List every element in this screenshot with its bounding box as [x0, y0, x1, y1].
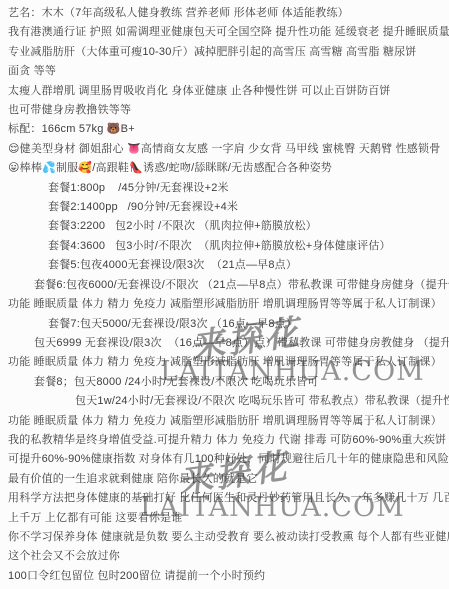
line-gym-coaching: 也可带健身房教撸铁等等	[0, 101, 449, 120]
line-package-4: 套餐4:3600 包3小时/不限次 （肌肉拉伸+筋膜放松+身体健康评估）	[0, 237, 449, 256]
line-muscle-gain: 太瘦人群增肌 调里肠胃吸收肖化 身体亚健康 止各种慢性饼 可以止百饼防百饼	[0, 82, 449, 101]
line-benefit-4: 用科学方法把身体健康的基础打好 比任何医生和灵丹妙药管用且长久 一年多赚几十万 …	[0, 489, 449, 508]
line-fat-loss-cont: 面贪 等等	[0, 62, 449, 81]
line-benefit-2: 可提升60%-90%健康指数 对身体有几100种好处，同时规避往后几十年的健康隐…	[0, 450, 449, 469]
line-benefit-4-cont: 上千万 上亿都有可能 这要看你是谁	[0, 509, 449, 528]
line-package-7: 套餐7:包天5000/无套裸设/限3次 （16点—早8点）	[0, 315, 449, 334]
line-package-5: 套餐5:包夜4000无套裸设/限3次 （21点—早8点）	[0, 256, 449, 275]
line-fat-loss: 专业减脂肪肝（大体重可瘦10-30斤）减掉肥胖引起的高雪压 高雪糖 高雪脂 糖尿…	[0, 43, 449, 62]
line-package-7b: 包天6999 无套裸设/限3次 （16点—早8点）点）带私教课 可带健身房教健身…	[0, 334, 449, 353]
line-package-3: 套餐3:2200 包2小时 /不限次 （肌肉拉伸+筋膜放松）	[0, 217, 449, 236]
message-document: 艺名：木木（7年高级私人健身教练 营养老师 形体老师 体适能教练） 我有港澳通行…	[0, 0, 449, 589]
line-package-9-cont: 功能 睡眠质量 体力 精力 免疫力 减脂塑形减脂肪肝 增肌调理肠胃等等属于私人订…	[0, 412, 449, 431]
line-travel-permit: 我有港澳通行证 护照 如需调理亚健康包天可全国空降 提升性功能 延缓衰老 提升睡…	[0, 23, 449, 42]
line-booking-info: 100口令红包留位 包时200留位 请提前一个小时预约	[0, 567, 449, 586]
line-benefit-1: 我的私教精华是终身增值受益.可提升精力 体力 免疫力 代谢 排毒 可防60%-9…	[0, 431, 449, 450]
line-package-6-cont: 功能 睡眠质量 体力 精力 免疫力 减脂塑形减脂肪肝 增肌调理肠胃等等属于私人订…	[0, 295, 449, 314]
line-package-2: 套餐2:1400pp /90分钟/无套裸设+4米	[0, 198, 449, 217]
line-benefit-3: 最有价值的一生追求就剩健康 陪你最长久的就是它	[0, 470, 449, 489]
line-stage-name: 艺名：木木（7年高级私人健身教练 营养老师 形体老师 体适能教练）	[0, 4, 449, 23]
line-package-7b-cont: 功能 睡眠质量 体力 精力 免疫力 减脂塑形减脂肪肝 增肌调理肠胃等等属于私人订…	[0, 353, 449, 372]
line-package-6: 套餐6:包夜6000/无套裸设/不限次 （21点—早8点）带私教课 可带健身房健…	[0, 276, 449, 295]
line-package-1: 套餐1:800p /45分钟/无套裸设+2米	[0, 179, 449, 198]
line-warning-2: 这个社会又不会放过你	[0, 547, 449, 566]
line-body-stats: 标配：166cm 57kg 🐻B+	[0, 120, 449, 139]
line-service-desc: 😛棒棒💦制服🥰/高跟鞋👠诱惑/蛇吻/舔眯眯/无齿感配合各种姿势	[0, 159, 449, 178]
line-package-9: 包天1w/24小时/无套裸设/不限次 吃喝玩乐皆可 带私教点）带私教课（提升性	[0, 392, 449, 411]
line-warning-1: 你不学习保养身体 健康就是负数 要么主动受教育 要么被动读打受教熏 每个人都有些…	[0, 528, 449, 547]
line-figure-desc: 😌健美型身材 御姐甜心 👅高情商女友感 一字肩 少女背 马甲线 蜜桃臀 天鹅臂 …	[0, 140, 449, 159]
line-package-8: 套餐8；包天8000 /24小时/无套裸设/不限次 吃喝玩乐皆可	[0, 373, 449, 392]
